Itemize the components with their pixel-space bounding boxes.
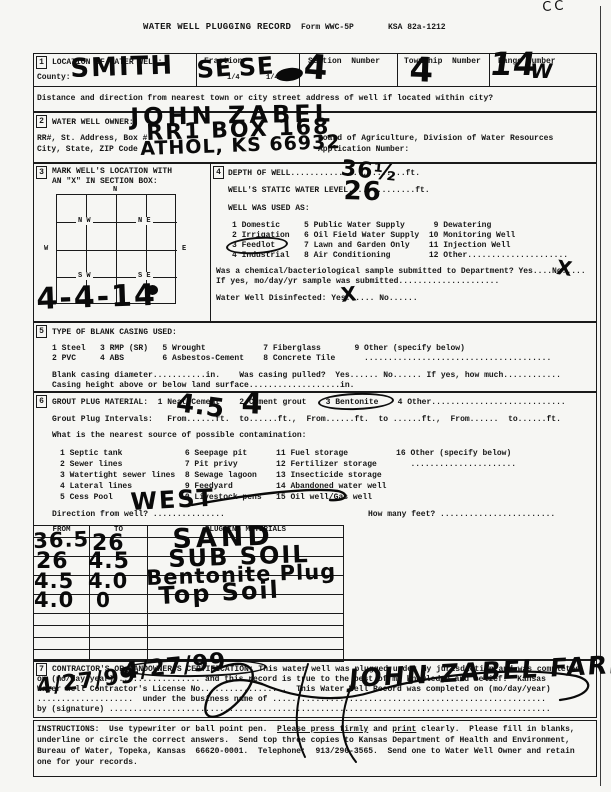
handwritten-range-direction: W bbox=[529, 62, 555, 80]
handwritten-to-4: 0 bbox=[96, 591, 111, 609]
static-water-level-label: WELL'S STATIC WATER LEVEL..............f… bbox=[228, 186, 430, 196]
owner-label: WATER WELL OWNER: bbox=[52, 118, 134, 128]
casing-type-row: 1 Steel 3 RMP (SR) 5 Wrought 7 Fiberglas… bbox=[52, 344, 465, 354]
fraction-quarter-1: 1/4 bbox=[227, 73, 240, 83]
section3-number: 3 bbox=[36, 166, 47, 179]
instructions-line3: Bureau of Water, Topeka, Kansas 66620-00… bbox=[37, 747, 575, 757]
handwritten-interval-from: 4.5 bbox=[175, 392, 227, 422]
well-used-as-label: WELL WAS USED AS: bbox=[228, 204, 310, 214]
how-many-feet-line: How many feet? ........................ bbox=[368, 510, 555, 520]
grid-nw-label: N W bbox=[76, 217, 93, 225]
section3-title-line1: MARK WELL'S LOCATION WITH bbox=[52, 167, 172, 177]
instructions-print: print bbox=[392, 725, 416, 734]
section4-number: 4 bbox=[213, 166, 224, 179]
compass-west-label: W bbox=[42, 245, 50, 253]
scanned-form-page: CC WATER WELL PLUGGING RECORD Form WWC-5… bbox=[0, 0, 611, 792]
handwritten-date-note: 4-4-14 bbox=[36, 282, 157, 313]
board-of-agriculture-line: Board of Agriculture, Division of Water … bbox=[318, 134, 553, 144]
disinfected-question: Water Well Disinfected: Yes...... No....… bbox=[216, 294, 418, 304]
section1-number: 1 bbox=[36, 56, 47, 69]
instructions-press-firmly: Please press firmly bbox=[277, 725, 368, 734]
grid-line bbox=[57, 277, 177, 278]
casing-height-line: Casing height above or below land surfac… bbox=[52, 381, 354, 391]
city-label: City, State, ZIP Code : bbox=[37, 145, 152, 155]
well-use-row: 4 Industrial 8 Air Conditioning 12 Other… bbox=[232, 251, 568, 261]
certification-line5: by (signature) .........................… bbox=[37, 705, 551, 715]
section5-title: TYPE OF BLANK CASING USED: bbox=[52, 328, 177, 338]
grout-intervals-line: Grout Plug Intervals: From......ft. to..… bbox=[52, 415, 561, 425]
sample-submitted-question: Was a chemical/bacteriological sample su… bbox=[216, 267, 586, 277]
form-number: Form WWC-5P bbox=[301, 23, 354, 33]
instructions-part: clearly. Please fill in blanks, bbox=[416, 725, 574, 734]
handwritten-sample-no-x: X bbox=[555, 258, 574, 278]
county-label: County: bbox=[37, 73, 71, 83]
handwritten-county: SMITH bbox=[70, 54, 175, 81]
grid-sw-label: S W bbox=[76, 272, 93, 280]
table-row-empty bbox=[34, 638, 344, 650]
casing-diameter-line: Blank casing diameter...........in. Was … bbox=[52, 371, 561, 381]
compass-east-label: E bbox=[180, 245, 188, 253]
contamination-source-row: 2 Sewer lines 7 Pit privy 12 Fertilizer … bbox=[60, 460, 516, 470]
handwritten-direction: WEST bbox=[130, 488, 216, 514]
handwritten-interval-to: 4 bbox=[241, 390, 264, 418]
handwritten-disinfected-yes-x: X bbox=[340, 284, 358, 304]
certification-line4: .................... under the business … bbox=[37, 695, 546, 705]
grid-ne-label: N E bbox=[136, 217, 153, 225]
handwritten-corner-mark: CC bbox=[542, 0, 567, 13]
instructions-line1: INSTRUCTIONS: Use typewriter or ball poi… bbox=[37, 725, 575, 735]
instructions-part: and bbox=[368, 725, 392, 734]
well-use-row: 1 Domestic 5 Public Water Supply 9 Dewat… bbox=[232, 221, 491, 231]
contamination-source-row: 4 Lateral lines 9 Feedyard 14 Abandoned … bbox=[60, 482, 386, 492]
contamination-question: What is the nearest source of possible c… bbox=[52, 431, 306, 441]
address-label: RR#, St. Address, Box #: bbox=[37, 134, 152, 144]
section5-number: 5 bbox=[36, 325, 47, 338]
handwritten-section-number: 4 bbox=[303, 52, 330, 84]
contamination-source-row: 5 Cess Pool 10 Livestock pens 15 Oil wel… bbox=[60, 493, 372, 503]
grid-line bbox=[57, 222, 177, 223]
contamination-source-row: 3 Watertight sewer lines 8 Sewage lagoon… bbox=[60, 471, 382, 481]
sample-date-line: If yes, mo/day/yr sample was submitted..… bbox=[216, 277, 499, 287]
section2-number: 2 bbox=[36, 115, 47, 128]
instructions-part: INSTRUCTIONS: Use typewriter or ball poi… bbox=[37, 725, 277, 734]
grout-material-line: GROUT PLUG MATERIAL: 1 Neat Cement 2 Cem… bbox=[52, 398, 566, 408]
handwritten-material-4: Top Soil bbox=[158, 580, 280, 608]
contamination-source-row: 1 Septic tank 6 Seepage pit 11 Fuel stor… bbox=[60, 449, 511, 459]
statute-number: KSA 82a-1212 bbox=[388, 23, 446, 33]
form-title: WATER WELL PLUGGING RECORD bbox=[143, 22, 291, 32]
grid-line bbox=[57, 250, 177, 251]
section3-title-line2: AN "X" IN SECTION BOX: bbox=[52, 177, 158, 187]
instructions-line2: underline or circle the correct answers.… bbox=[37, 736, 570, 746]
instructions-line4: one for your records. bbox=[37, 758, 138, 768]
handwritten-from-4: 4.0 bbox=[34, 591, 74, 610]
section6-number: 6 bbox=[36, 395, 47, 408]
table-row-empty bbox=[34, 626, 344, 638]
handwritten-static-level-value: 26 bbox=[343, 180, 382, 205]
casing-type-row: 2 PVC 4 ABS 6 Asbestos-Cement 8 Concrete… bbox=[52, 354, 551, 364]
table-row-empty bbox=[34, 614, 344, 626]
section1-col-divider bbox=[397, 53, 398, 86]
handwritten-township-number: 4 bbox=[409, 55, 435, 86]
handwritten-from-1: 36.5 bbox=[33, 530, 89, 551]
